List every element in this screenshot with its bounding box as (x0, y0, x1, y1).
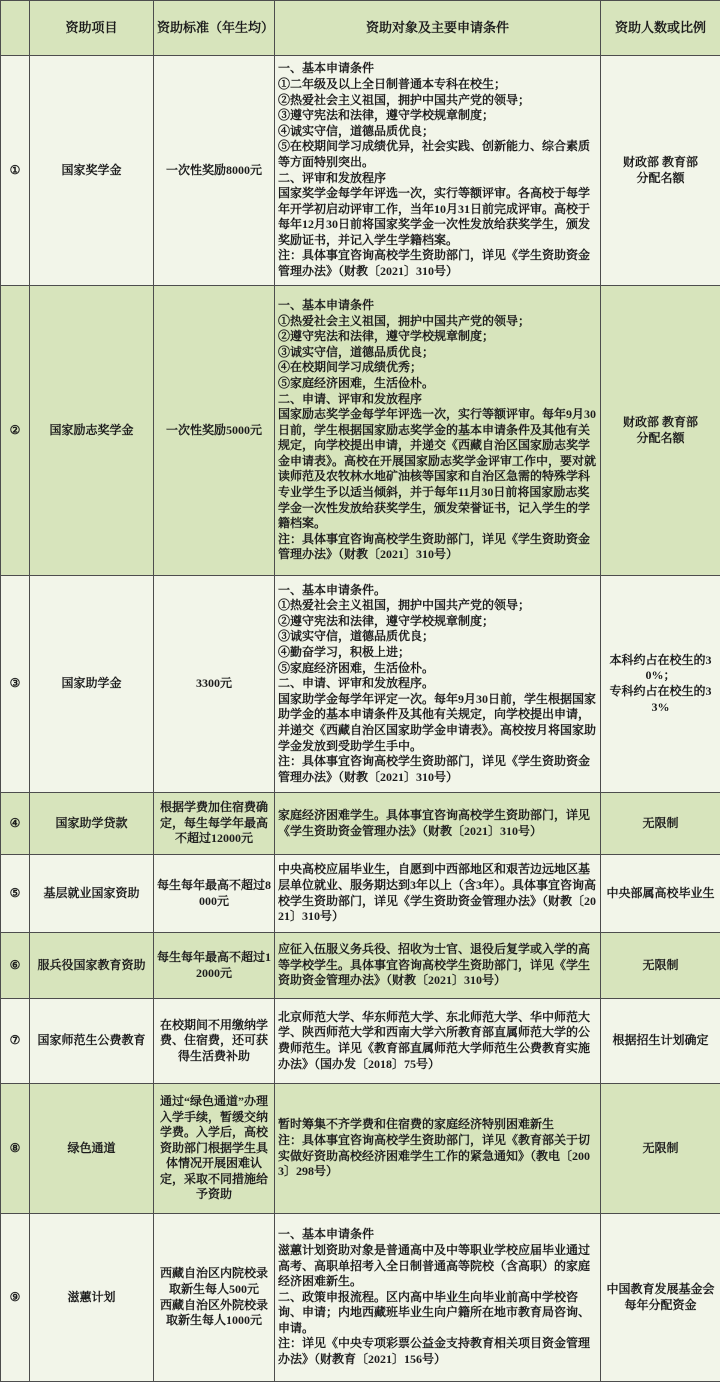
funding-standard: 在校期间不用缴纳学费、住宿费，还可获得生活费补助 (154, 999, 275, 1084)
funding-standard: 每生每年最高不超过12000元 (154, 933, 275, 999)
table-row: ④ 国家助学贷款 根据学费加住宿费确定，每生每学年最高不超过12000元 家庭经… (1, 793, 720, 855)
program-name: 国家奖学金 (30, 56, 154, 286)
program-name: 滋蕙计划 (30, 1214, 154, 1382)
header-row: 资助项目 资助标准（年生均） 资助对象及主要申请条件 资助人数或比例 (1, 1, 720, 56)
funding-standard: 一次性奖励5000元 (154, 286, 275, 576)
funding-standard: 一次性奖励8000元 (154, 56, 275, 286)
header-conditions: 资助对象及主要申请条件 (275, 1, 601, 56)
row-number: ⑤ (1, 855, 30, 933)
conditions-text: 暂时筹集不齐学费和住宿费的家庭经济特别困难新生 注：具体事宜咨询高校学生资助部门… (275, 1084, 601, 1214)
row-number: ② (1, 286, 30, 576)
table-row: ⑧ 绿色通道 通过“绿色通道”办理入学手续，暂缓交纳学费。入学后，高校资助部门根… (1, 1084, 720, 1214)
program-name: 服兵役国家教育资助 (30, 933, 154, 999)
conditions-text: 一、基本申请条件。 ①热爱社会主义祖国，拥护中国共产党的领导； ②遵守宪法和法律… (275, 576, 601, 793)
program-name: 国家励志奖学金 (30, 286, 154, 576)
row-number: ④ (1, 793, 30, 855)
conditions-text: 一、基本申请条件 ①二年级及以上全日制普通本专科在校生； ②热爱社会主义祖国，拥… (275, 56, 601, 286)
header-program-name: 资助项目 (30, 1, 154, 56)
table-row: ⑤ 基层就业国家资助 每生每年最高不超过8000元 中央高校应届毕业生，自愿到中… (1, 855, 720, 933)
quota-text: 财政部 教育部 分配名额 (601, 286, 720, 576)
table-row: ② 国家励志奖学金 一次性奖励5000元 一、基本申请条件 ①热爱社会主义祖国，… (1, 286, 720, 576)
quota-text: 无限制 (601, 793, 720, 855)
conditions-text: 一、基本申请条件 ①热爱社会主义祖国，拥护中国共产党的领导； ②遵守宪法和法律，… (275, 286, 601, 576)
header-funding-standard: 资助标准（年生均） (154, 1, 275, 56)
quota-text: 财政部 教育部 分配名额 (601, 56, 720, 286)
row-number: ⑦ (1, 999, 30, 1084)
program-name: 国家助学金 (30, 576, 154, 793)
row-number: ③ (1, 576, 30, 793)
table-row: ① 国家奖学金 一次性奖励8000元 一、基本申请条件 ①二年级及以上全日制普通… (1, 56, 720, 286)
funding-programs-table: 资助项目 资助标准（年生均） 资助对象及主要申请条件 资助人数或比例 ① 国家奖… (0, 0, 720, 1382)
program-name: 国家师范生公费教育 (30, 999, 154, 1084)
conditions-text: 中央高校应届毕业生，自愿到中西部地区和艰苦边远地区基层单位就业、服务期达到3年以… (275, 855, 601, 933)
funding-standard: 通过“绿色通道”办理入学手续，暂缓交纳学费。入学后，高校资助部门根据学生具体情况… (154, 1084, 275, 1214)
table-row: ⑦ 国家师范生公费教育 在校期间不用缴纳学费、住宿费，还可获得生活费补助 北京师… (1, 999, 720, 1084)
table-row: ⑨ 滋蕙计划 西藏自治区内院校录取新生每人500元 西藏自治区外院校录取新生每人… (1, 1214, 720, 1382)
quota-text: 根据招生计划确定 (601, 999, 720, 1084)
funding-standard: 每生每年最高不超过8000元 (154, 855, 275, 933)
program-name: 国家助学贷款 (30, 793, 154, 855)
conditions-text: 家庭经济困难学生。具体事宜咨询高校学生资助部门，详见《学生资助资金管理办法》（财… (275, 793, 601, 855)
table-row: ⑥ 服兵役国家教育资助 每生每年最高不超过12000元 应征入伍服义务兵役、招收… (1, 933, 720, 999)
quota-text: 本科约占在校生的30%； 专科约占在校生的33% (601, 576, 720, 793)
funding-standard: 西藏自治区内院校录取新生每人500元 西藏自治区外院校录取新生每人1000元 (154, 1214, 275, 1382)
funding-standard: 根据学费加住宿费确定，每生每学年最高不超过12000元 (154, 793, 275, 855)
quota-text: 中央部属高校毕业生 (601, 855, 720, 933)
quota-text: 无限制 (601, 933, 720, 999)
program-name: 基层就业国家资助 (30, 855, 154, 933)
row-number: ① (1, 56, 30, 286)
quota-text: 无限制 (601, 1084, 720, 1214)
table-row: ③ 国家助学金 3300元 一、基本申请条件。 ①热爱社会主义祖国，拥护中国共产… (1, 576, 720, 793)
quota-text: 中国教育发展基金会每年分配资金 (601, 1214, 720, 1382)
funding-standard: 3300元 (154, 576, 275, 793)
conditions-text: 北京师范大学、华东师范大学、东北师范大学、华中师范大学、陕西师范大学和西南大学六… (275, 999, 601, 1084)
conditions-text: 应征入伍服义务兵役、招收为士官、退役后复学或入学的高等学校学生。具体事宜咨询高校… (275, 933, 601, 999)
program-name: 绿色通道 (30, 1084, 154, 1214)
row-number: ⑧ (1, 1084, 30, 1214)
conditions-text: 一、基本申请条件 滋蕙计划资助对象是普通高中及中等职业学校应届毕业通过高考、高职… (275, 1214, 601, 1382)
header-number (1, 1, 30, 56)
header-quota: 资助人数或比例 (601, 1, 720, 56)
row-number: ⑨ (1, 1214, 30, 1382)
row-number: ⑥ (1, 933, 30, 999)
